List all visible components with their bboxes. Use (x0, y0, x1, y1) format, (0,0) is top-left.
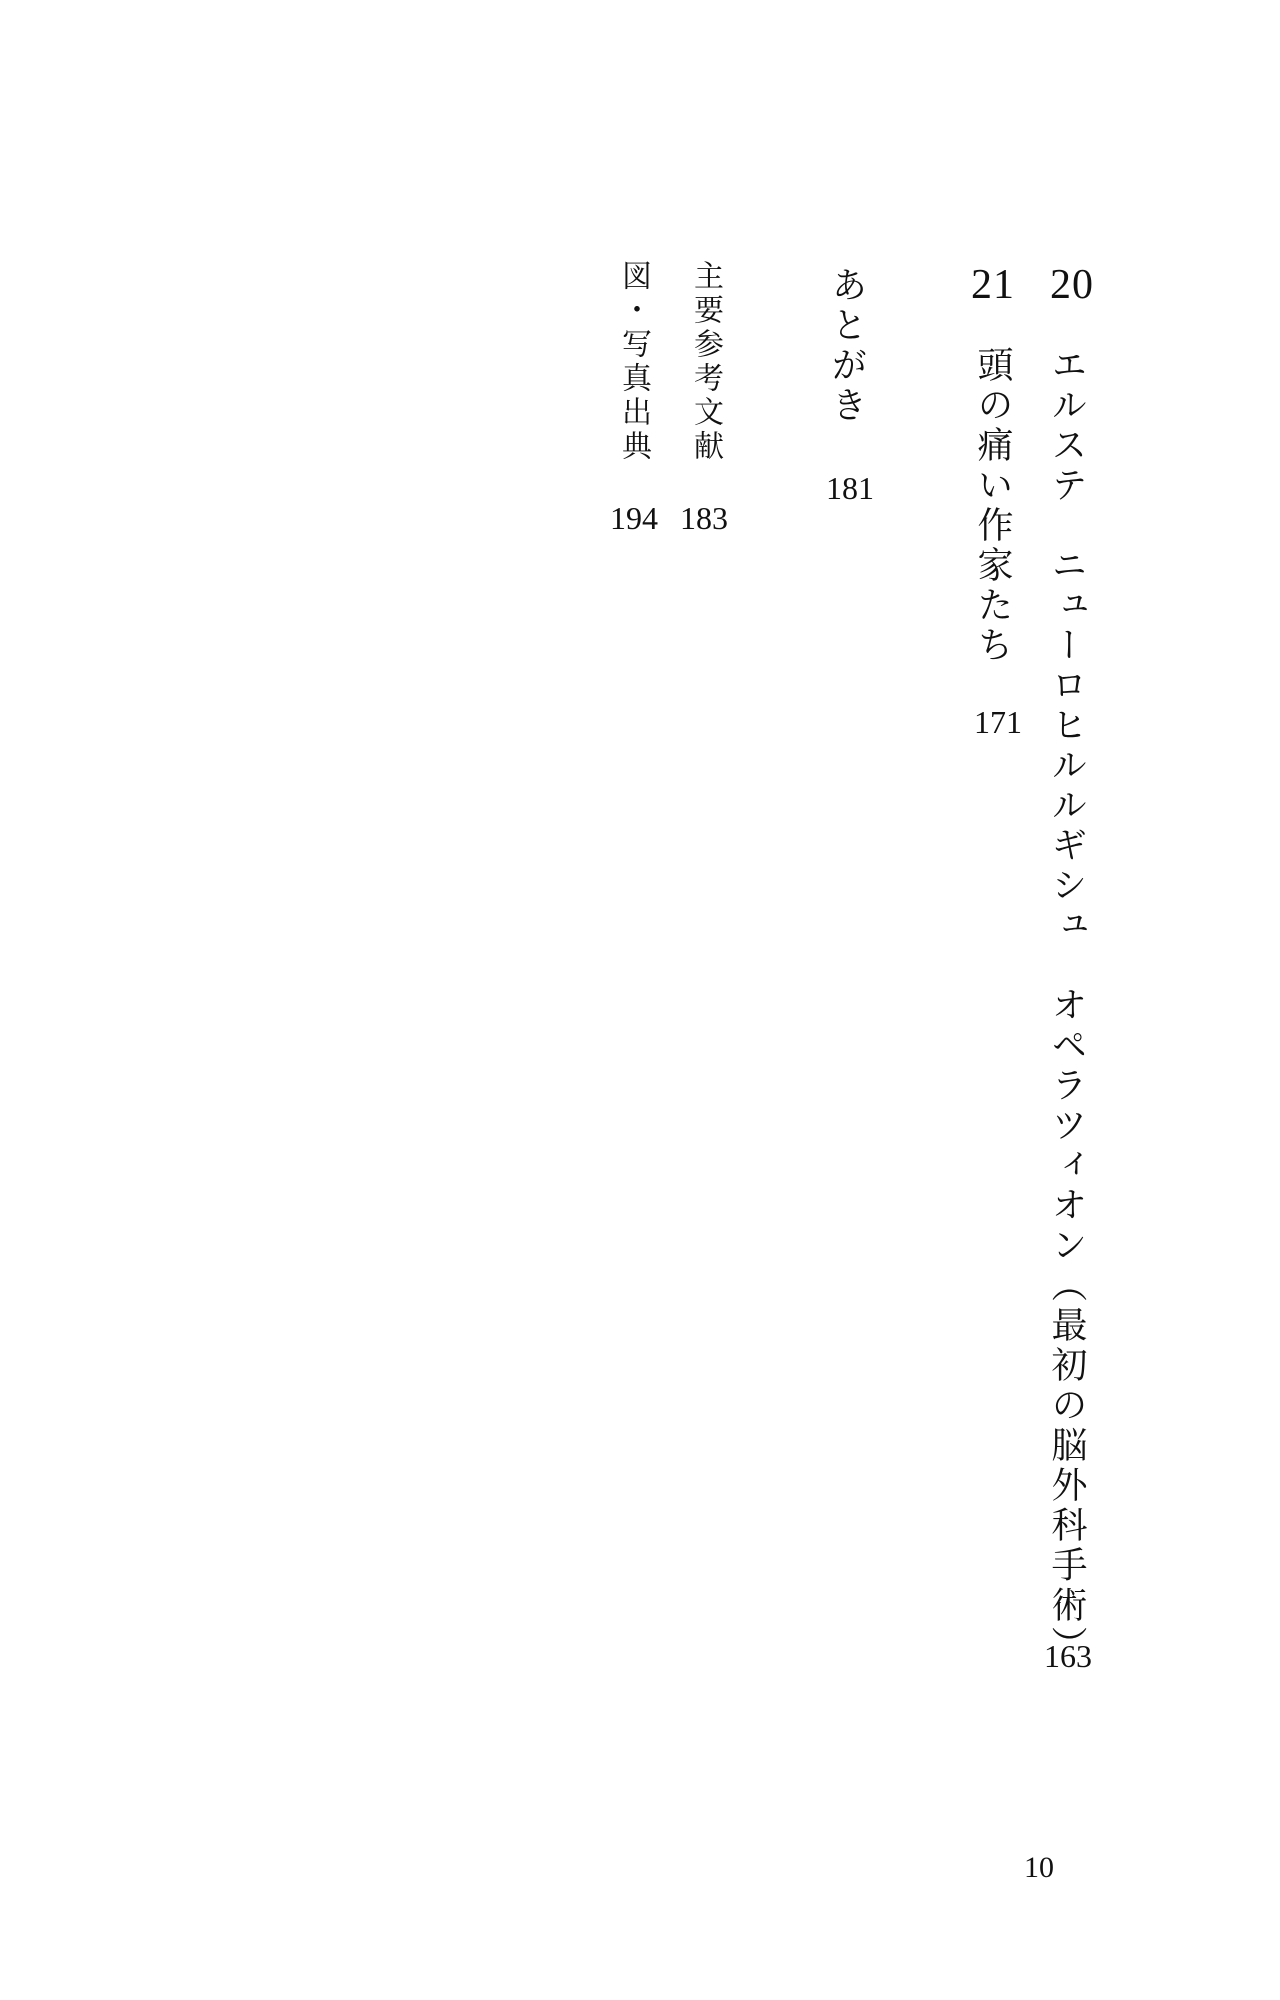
entry-title: 主要参考文献 (688, 260, 722, 464)
document-page: 20 エルステ ニューロヒルルギシュ オペラツィオン（最初の脳外科手術） 163… (0, 0, 1280, 2000)
chapter-page-number: 171 (974, 706, 1022, 738)
entry-page-number: 194 (610, 502, 658, 534)
chapter-title: エルステ ニューロヒルルギシュ オペラツィオン（最初の脳外科手術） (1046, 346, 1086, 1666)
entry-title: 図・写真出典 (616, 260, 650, 464)
chapter-number: 21 (966, 264, 1020, 306)
chapter-page-number: 163 (1044, 1640, 1092, 1672)
entry-page-number: 183 (680, 502, 728, 534)
page-number: 10 (1024, 1853, 1054, 1883)
chapter-number: 20 (1040, 264, 1104, 306)
entry-page-number: 181 (826, 472, 874, 504)
entry-title: あとがき (826, 266, 866, 426)
chapter-title: 頭の痛い作家たち (972, 346, 1012, 666)
